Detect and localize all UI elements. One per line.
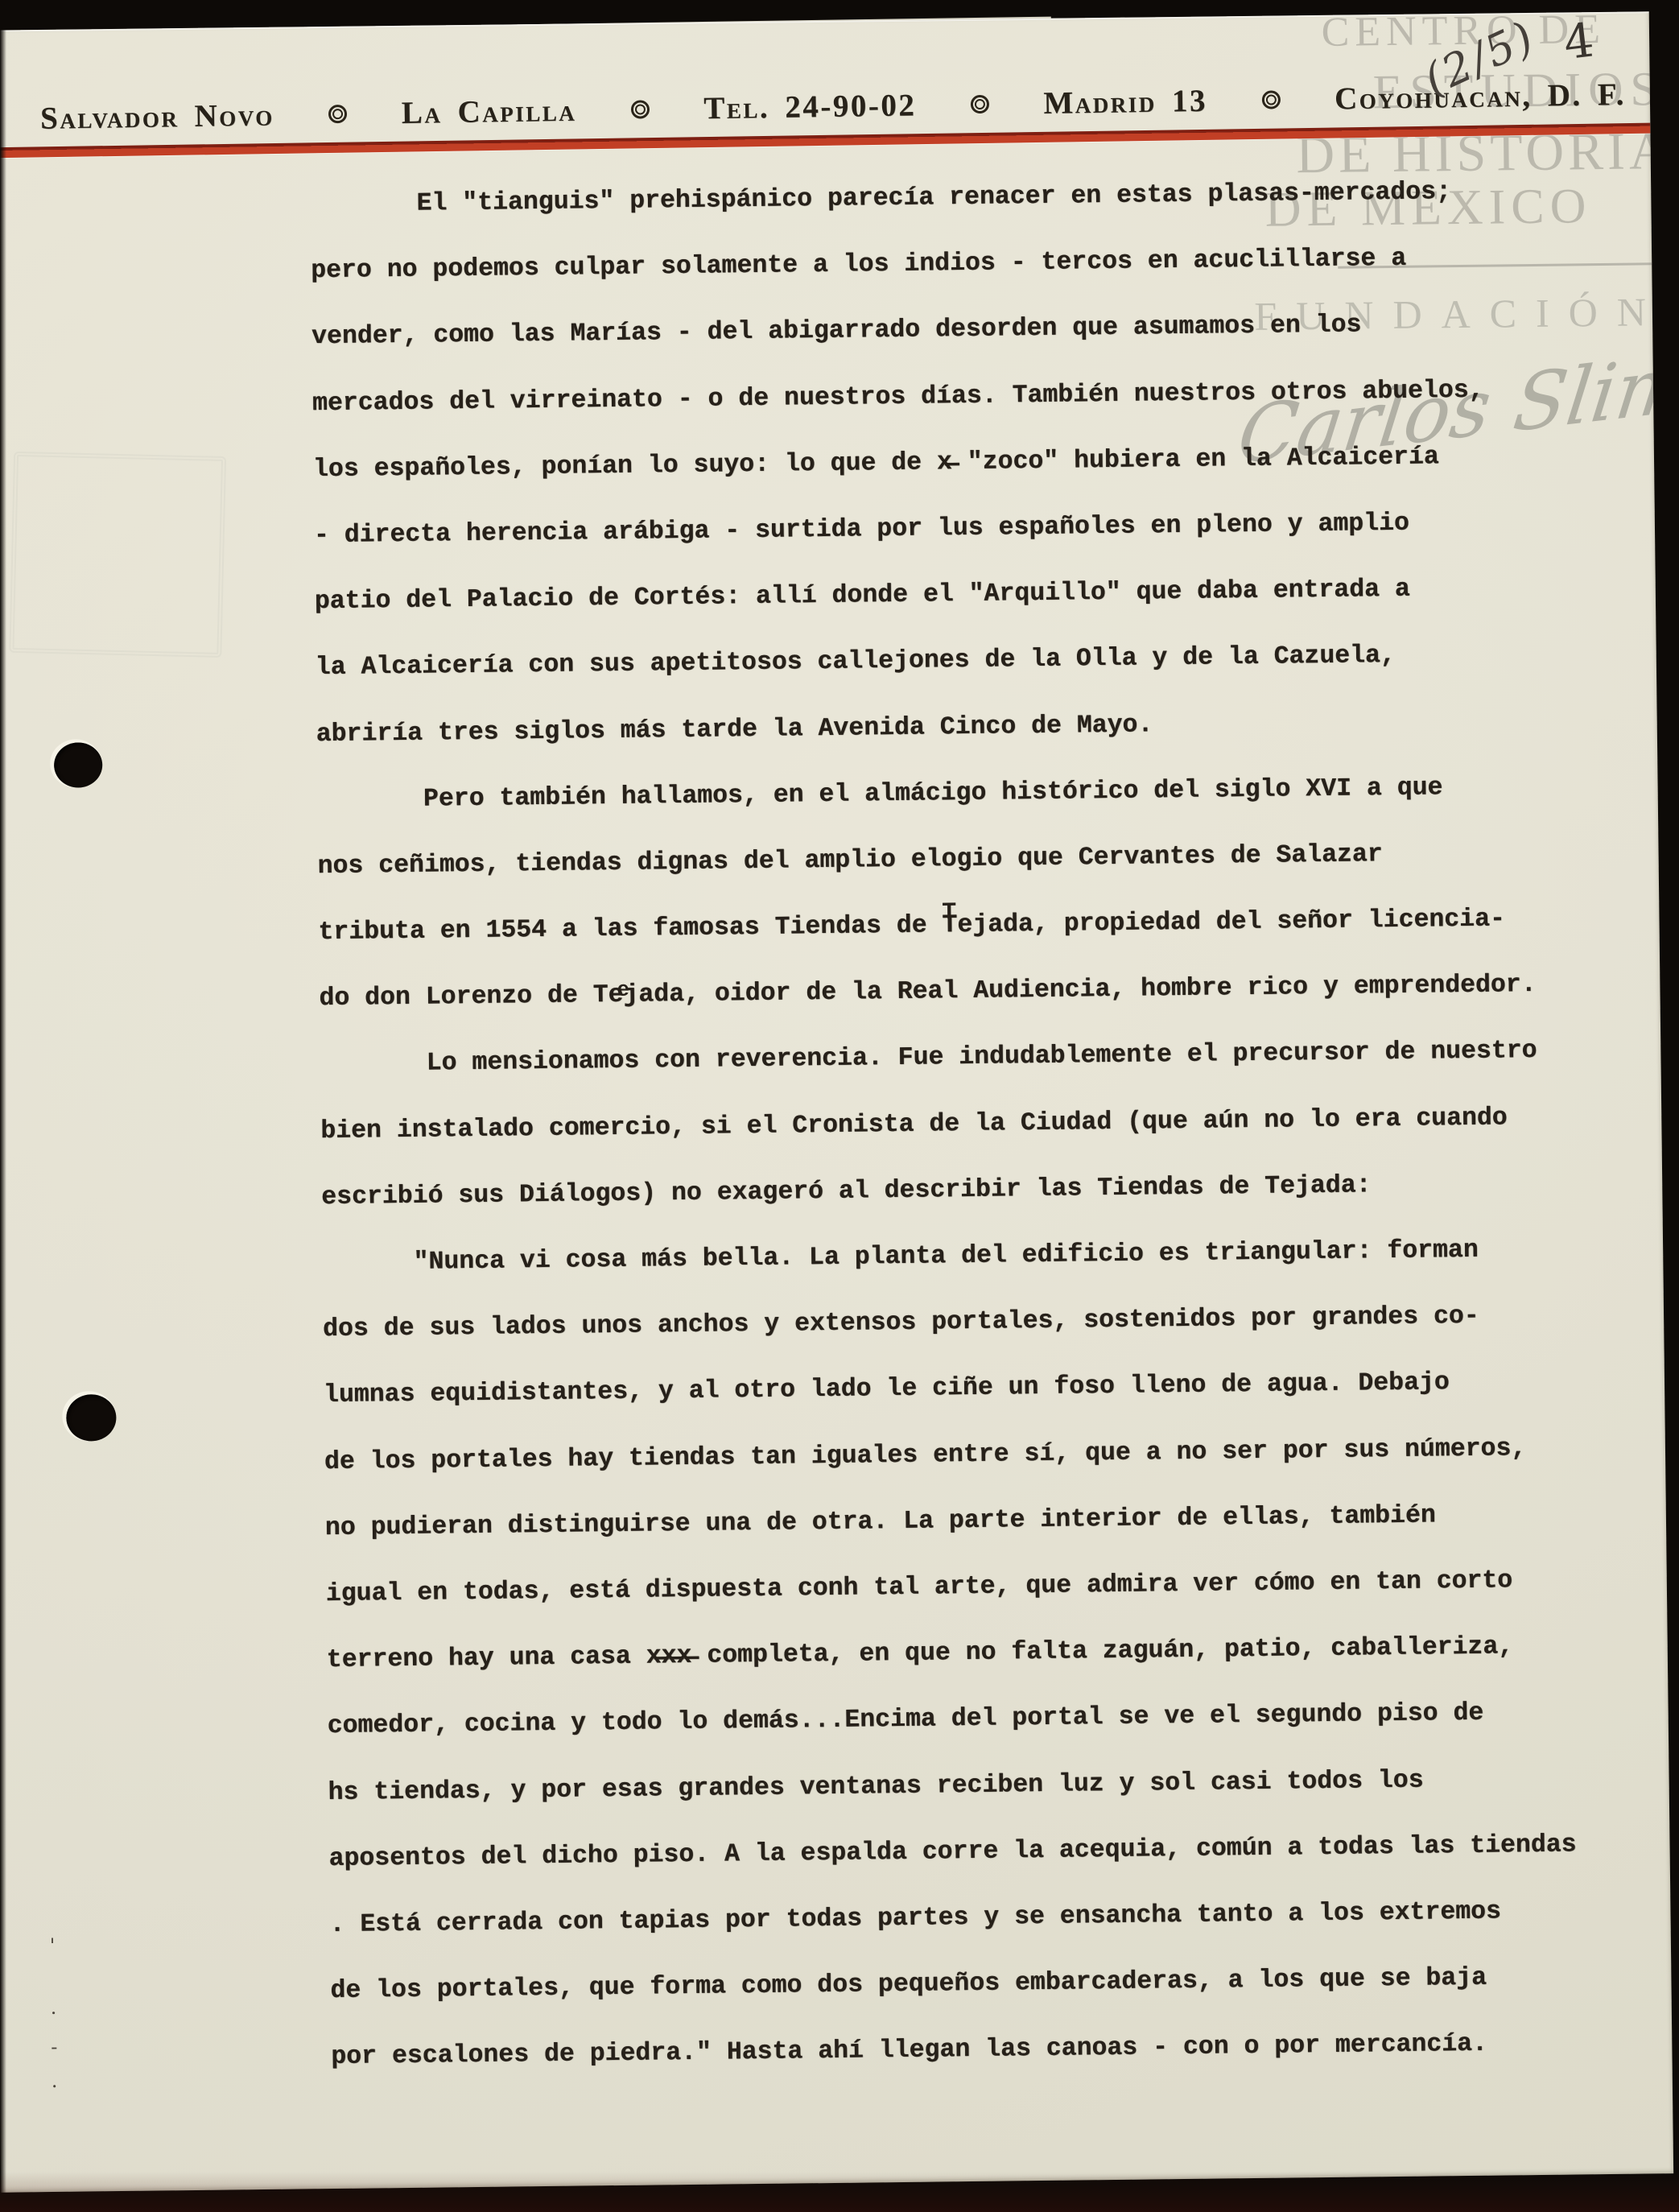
superscript-correction-T: T [942, 899, 956, 926]
bullseye-icon [631, 100, 650, 118]
letterhead-house: La Capilla [401, 93, 576, 131]
bullseye-icon [1261, 90, 1280, 109]
punch-hole [66, 1394, 117, 1442]
typewritten-text: El "tianguis" prehispánico parecía renac… [310, 176, 1656, 2110]
letterhead-street: Madrid 13 [1043, 83, 1207, 122]
margin-mark: ' [50, 1934, 56, 1957]
margin-mark: . [52, 2070, 58, 2092]
bullseye-icon [971, 95, 989, 113]
scan-edge-shadow [0, 0, 6, 2212]
handwritten-page-number: 4 [1561, 12, 1597, 70]
bullseye-icon [328, 105, 347, 123]
faint-stamp-impression [9, 452, 226, 658]
paper-sheet: CENTRO DE ESTUDIOS DE HISTORIA DE MEXICO… [0, 11, 1673, 2192]
margin-mark: - [51, 2036, 57, 2058]
margin-mark: · [51, 2002, 57, 2024]
superscript-correction-e: e [617, 978, 629, 1002]
punch-hole [54, 742, 103, 788]
typewritten-line: por escalones de piedra." Hasta ahí lleg… [331, 2028, 1656, 2110]
letterhead-phone: Tel. 24-90-02 [703, 87, 917, 126]
letterhead-name: Salvador Novo [40, 97, 274, 136]
scanned-letter-page: CENTRO DE ESTUDIOS DE HISTORIA DE MEXICO… [0, 0, 1679, 2212]
